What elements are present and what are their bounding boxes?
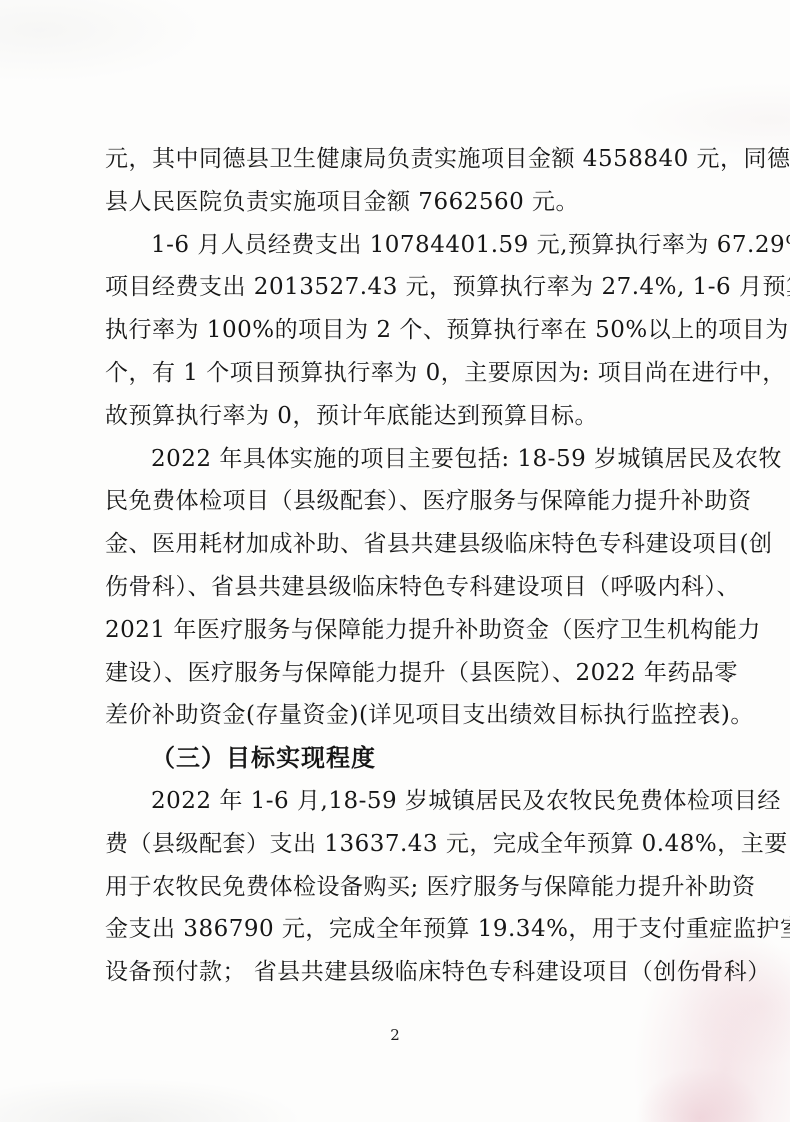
- text-line: 金、医用耗材加成补助、省县共建县级临床特色专科建设项目(创: [105, 523, 717, 566]
- text-line: 故预算执行率为 0，预计年底能达到预算目标。: [105, 395, 717, 438]
- document-page: 元，其中同德县卫生健康局负责实施项目金额 4558840 元，同德 县人民医院负…: [0, 0, 790, 1122]
- text-line: 2021 年医疗服务与保障能力提升补助资金（医疗卫生机构能力: [105, 609, 717, 652]
- text-line: 伤骨科）、省县共建县级临床特色专科建设项目（呼吸内科）、: [105, 566, 717, 609]
- text-line: 2022 年具体实施的项目主要包括: 18-59 岁城镇居民及农牧: [105, 438, 717, 481]
- text-line: 执行率为 100%的项目为 2 个、预算执行率在 50%以上的项目为 3: [105, 309, 717, 352]
- text-line: 项目经费支出 2013527.43 元，预算执行率为 27.4%, 1-6 月预…: [105, 266, 717, 309]
- text-line: 金支出 386790 元，完成全年预算 19.34%，用于支付重症监护室: [105, 908, 717, 951]
- text-line: 民免费体检项目（县级配套）、医疗服务与保障能力提升补助资: [105, 480, 717, 523]
- text-line: 用于农牧民免费体检设备购买; 医疗服务与保障能力提升补助资: [105, 866, 717, 909]
- text-line: 建设）、医疗服务与保障能力提升（县医院）、2022 年药品零: [105, 652, 717, 695]
- text-line: 差价补助资金(存量资金)(详见项目支出绩效目标执行监控表)。: [105, 694, 717, 737]
- text-line: 费（县级配套）支出 13637.43 元，完成全年预算 0.48%，主要: [105, 823, 717, 866]
- page-number: 2: [0, 1026, 790, 1044]
- text-line: 个，有 1 个项目预算执行率为 0，主要原因为: 项目尚在进行中，: [105, 352, 717, 395]
- text-line: 设备预付款； 省县共建县级临床特色专科建设项目（创伤骨科）: [105, 951, 717, 994]
- text-line: 县人民医院负责实施项目金额 7662560 元。: [105, 181, 717, 224]
- text-line: 元，其中同德县卫生健康局负责实施项目金额 4558840 元，同德: [105, 138, 717, 181]
- text-line: 1-6 月人员经费支出 10784401.59 元,预算执行率为 67.29%,: [105, 224, 717, 267]
- text-line: 2022 年 1-6 月,18-59 岁城镇居民及农牧民免费体检项目经: [105, 780, 717, 823]
- section-heading: （三）目标实现程度: [105, 737, 717, 780]
- document-body: 元，其中同德县卫生健康局负责实施项目金额 4558840 元，同德 县人民医院负…: [105, 138, 717, 994]
